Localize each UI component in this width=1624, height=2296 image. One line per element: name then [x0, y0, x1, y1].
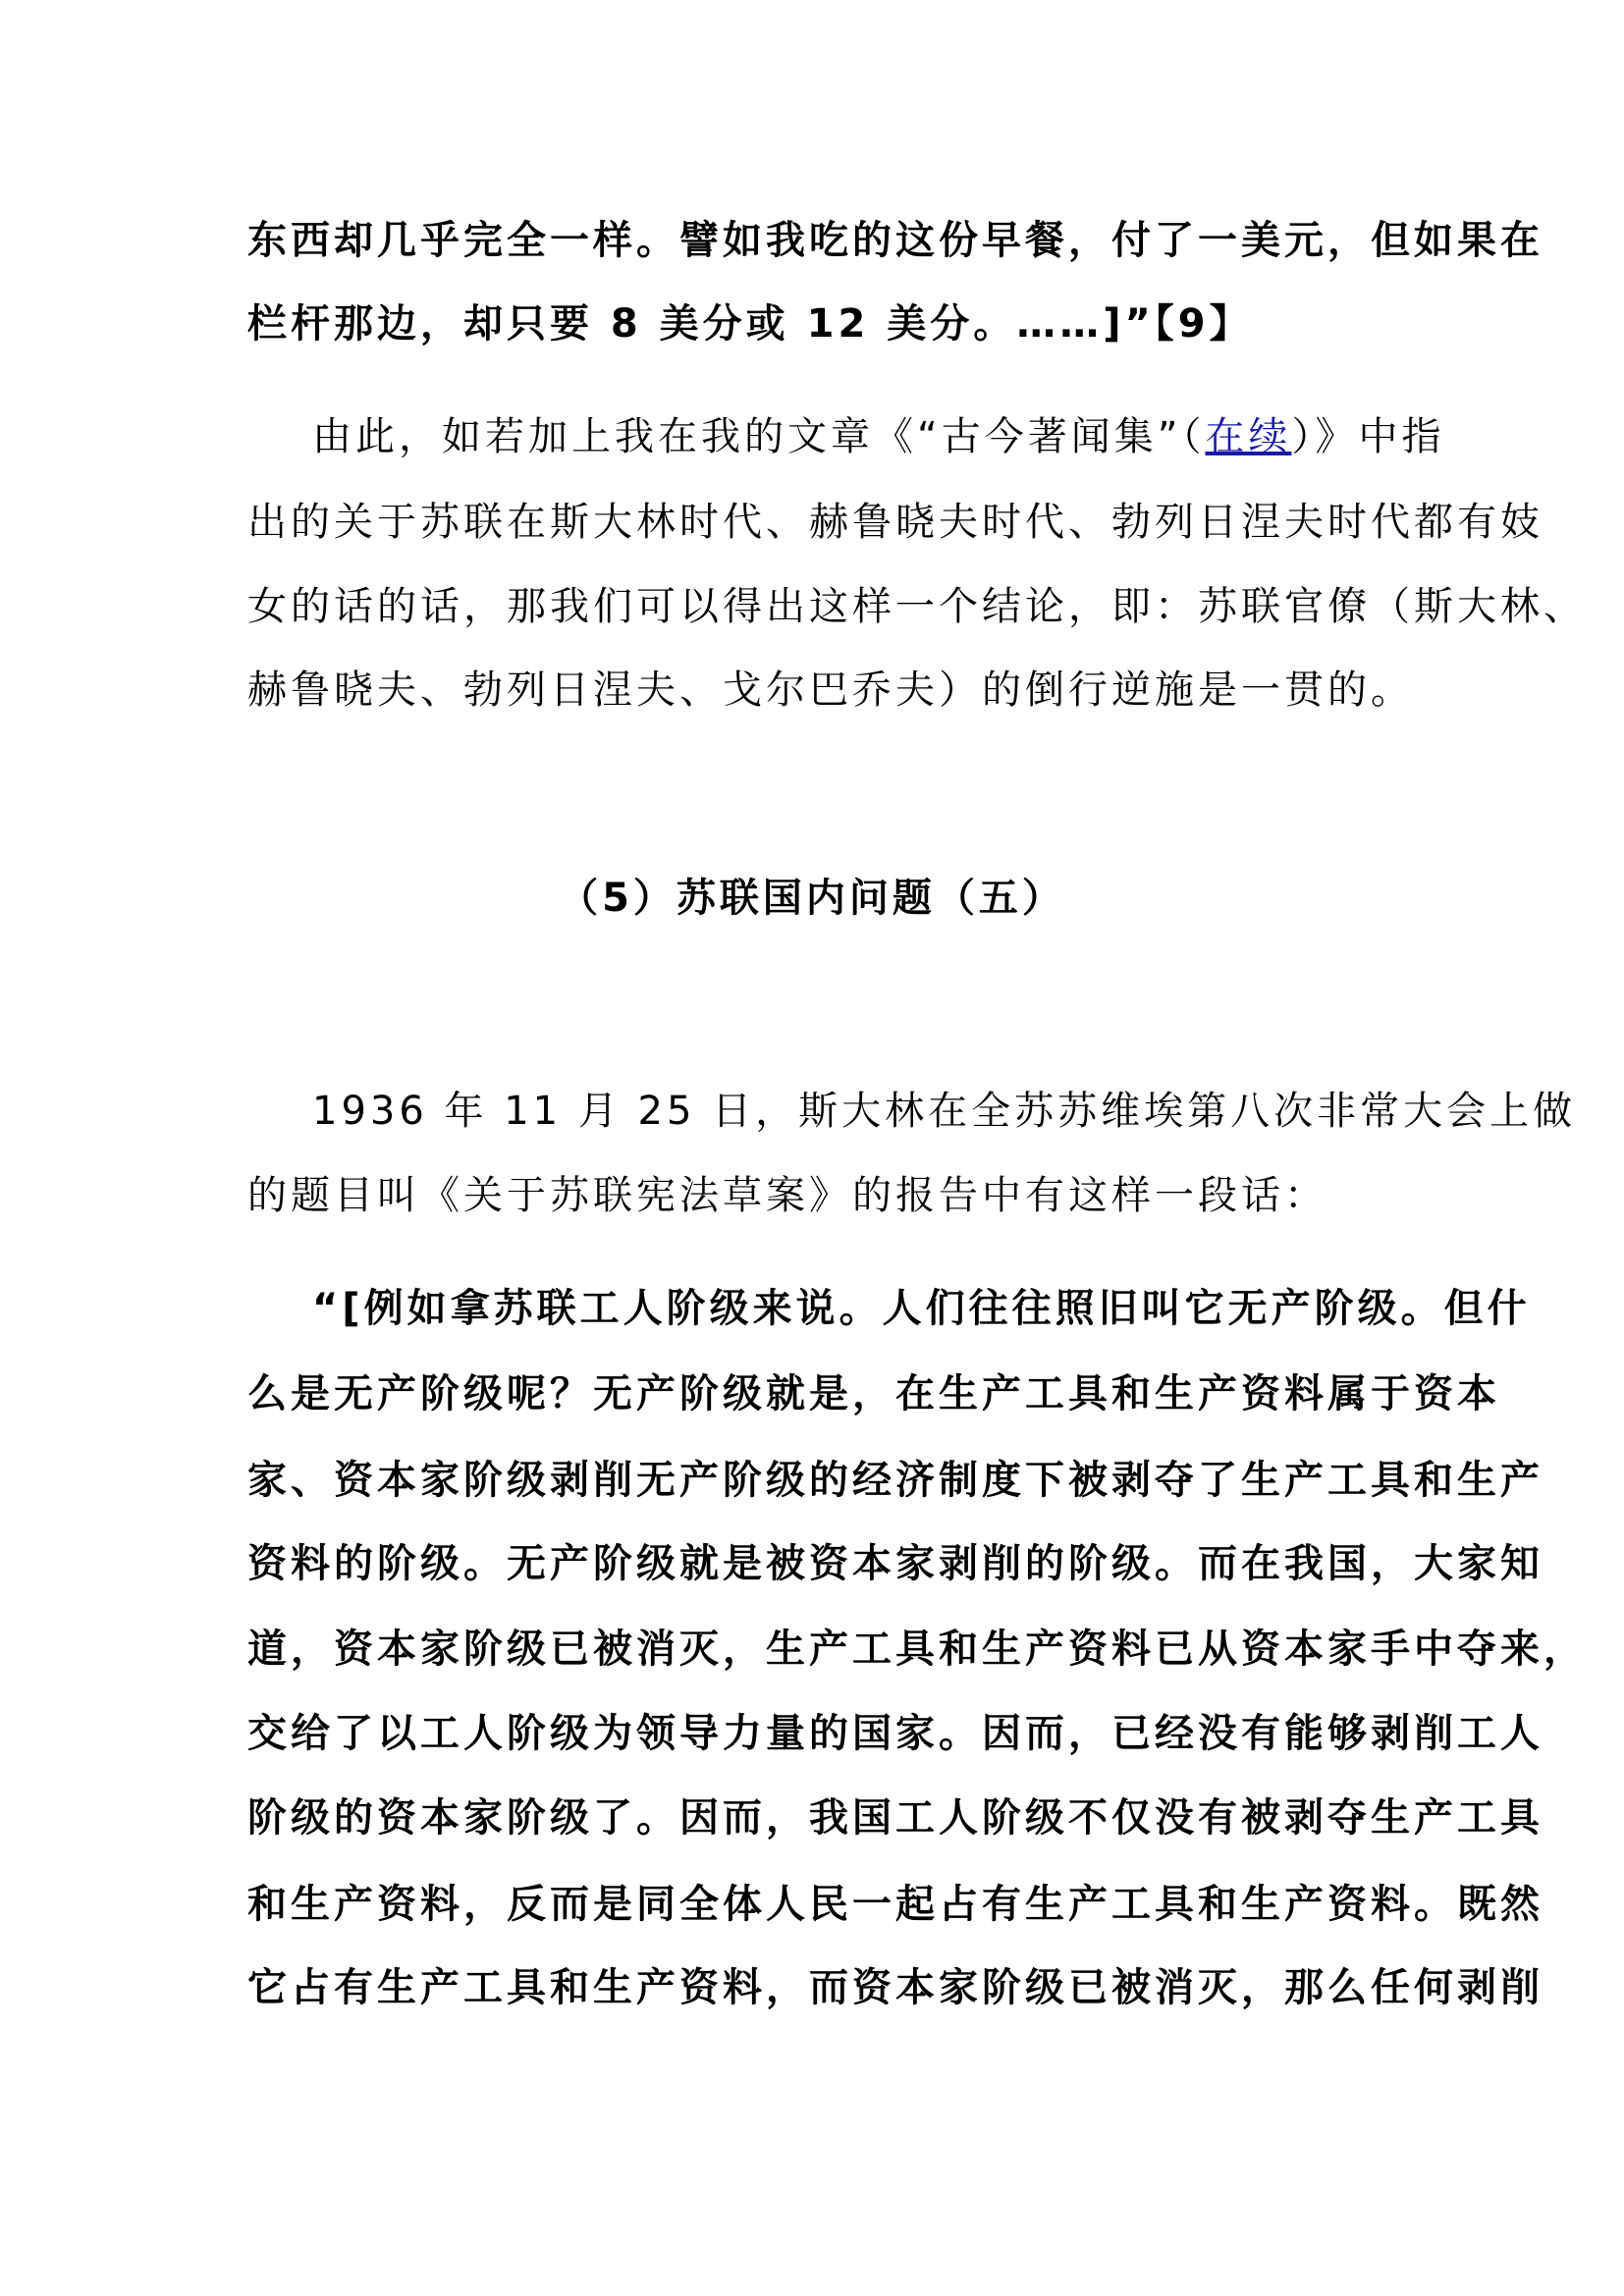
- quote-line: 和生产资料，反而是同全体人民一起占有生产工具和生产资料。既然: [247, 1875, 1386, 1934]
- conclusion-text-before-link: 由此，如若加上我在我的文章《“古今著闻集”（: [312, 414, 1205, 459]
- conclusion-line-2: 出的关于苏联在斯大林时代、赫鲁晓夫时代、勃列日涅夫时代都有妓: [247, 493, 1386, 552]
- quote-line: 交给了以工人阶级为领导力量的国家。因而，已经没有能够剥削工人: [247, 1704, 1386, 1763]
- conclusion-line-1: 由此，如若加上我在我的文章《“古今著闻集”（在续）》中指: [312, 407, 1386, 466]
- quote-line: 家、资本家阶级剥削无产阶级的经济制度下被剥夺了生产工具和生产: [247, 1451, 1386, 1510]
- conclusion-text-after-link: ）》中指: [1291, 414, 1444, 459]
- intro-line-2: 的题目叫《关于苏联宪法草案》的报告中有这样一段话：: [247, 1166, 1386, 1225]
- quote-line: 阶级的资本家阶级了。因而，我国工人阶级不仅没有被剥夺生产工具: [247, 1789, 1386, 1847]
- quote-line: 它占有生产工具和生产资料，而资本家阶级已被消灭，那么任何剥削: [247, 1958, 1386, 2017]
- quote-line: 么是无产阶级呢？无产阶级就是，在生产工具和生产资料属于资本: [247, 1364, 1386, 1423]
- conclusion-line-3: 女的话的话，那我们可以得出这样一个结论，即：苏联官僚（斯大林、: [247, 577, 1386, 636]
- quote-line: 资料的阶级。无产阶级就是被资本家剥削的阶级。而在我国，大家知: [247, 1534, 1386, 1593]
- quote-tail-line-1: 东西却几乎完全一样。譬如我吃的这份早餐，付了一美元，但如果在: [247, 211, 1386, 270]
- quote-line: “[例如拿苏联工人阶级来说。人们往往照旧叫它无产阶级。但什: [312, 1279, 1386, 1338]
- conclusion-line-4: 赫鲁晓夫、勃列日涅夫、戈尔巴乔夫）的倒行逆施是一贯的。: [247, 661, 1386, 720]
- quote-tail-line-2: 栏杆那边，却只要 8 美分或 12 美分。……]”【9】: [247, 294, 1386, 353]
- document-page: 东西却几乎完全一样。譬如我吃的这份早餐，付了一美元，但如果在 栏杆那边，却只要 …: [0, 0, 1624, 2296]
- quote-line: 道，资本家阶级已被消灭，生产工具和生产资料已从资本家手中夺来，: [247, 1620, 1386, 1679]
- intro-line-1: 1936 年 11 月 25 日，斯大林在全苏苏维埃第八次非常大会上做: [312, 1082, 1386, 1141]
- section-heading: （5）苏联国内问题（五）: [0, 869, 1624, 928]
- continued-article-link[interactable]: 在续: [1205, 414, 1291, 459]
